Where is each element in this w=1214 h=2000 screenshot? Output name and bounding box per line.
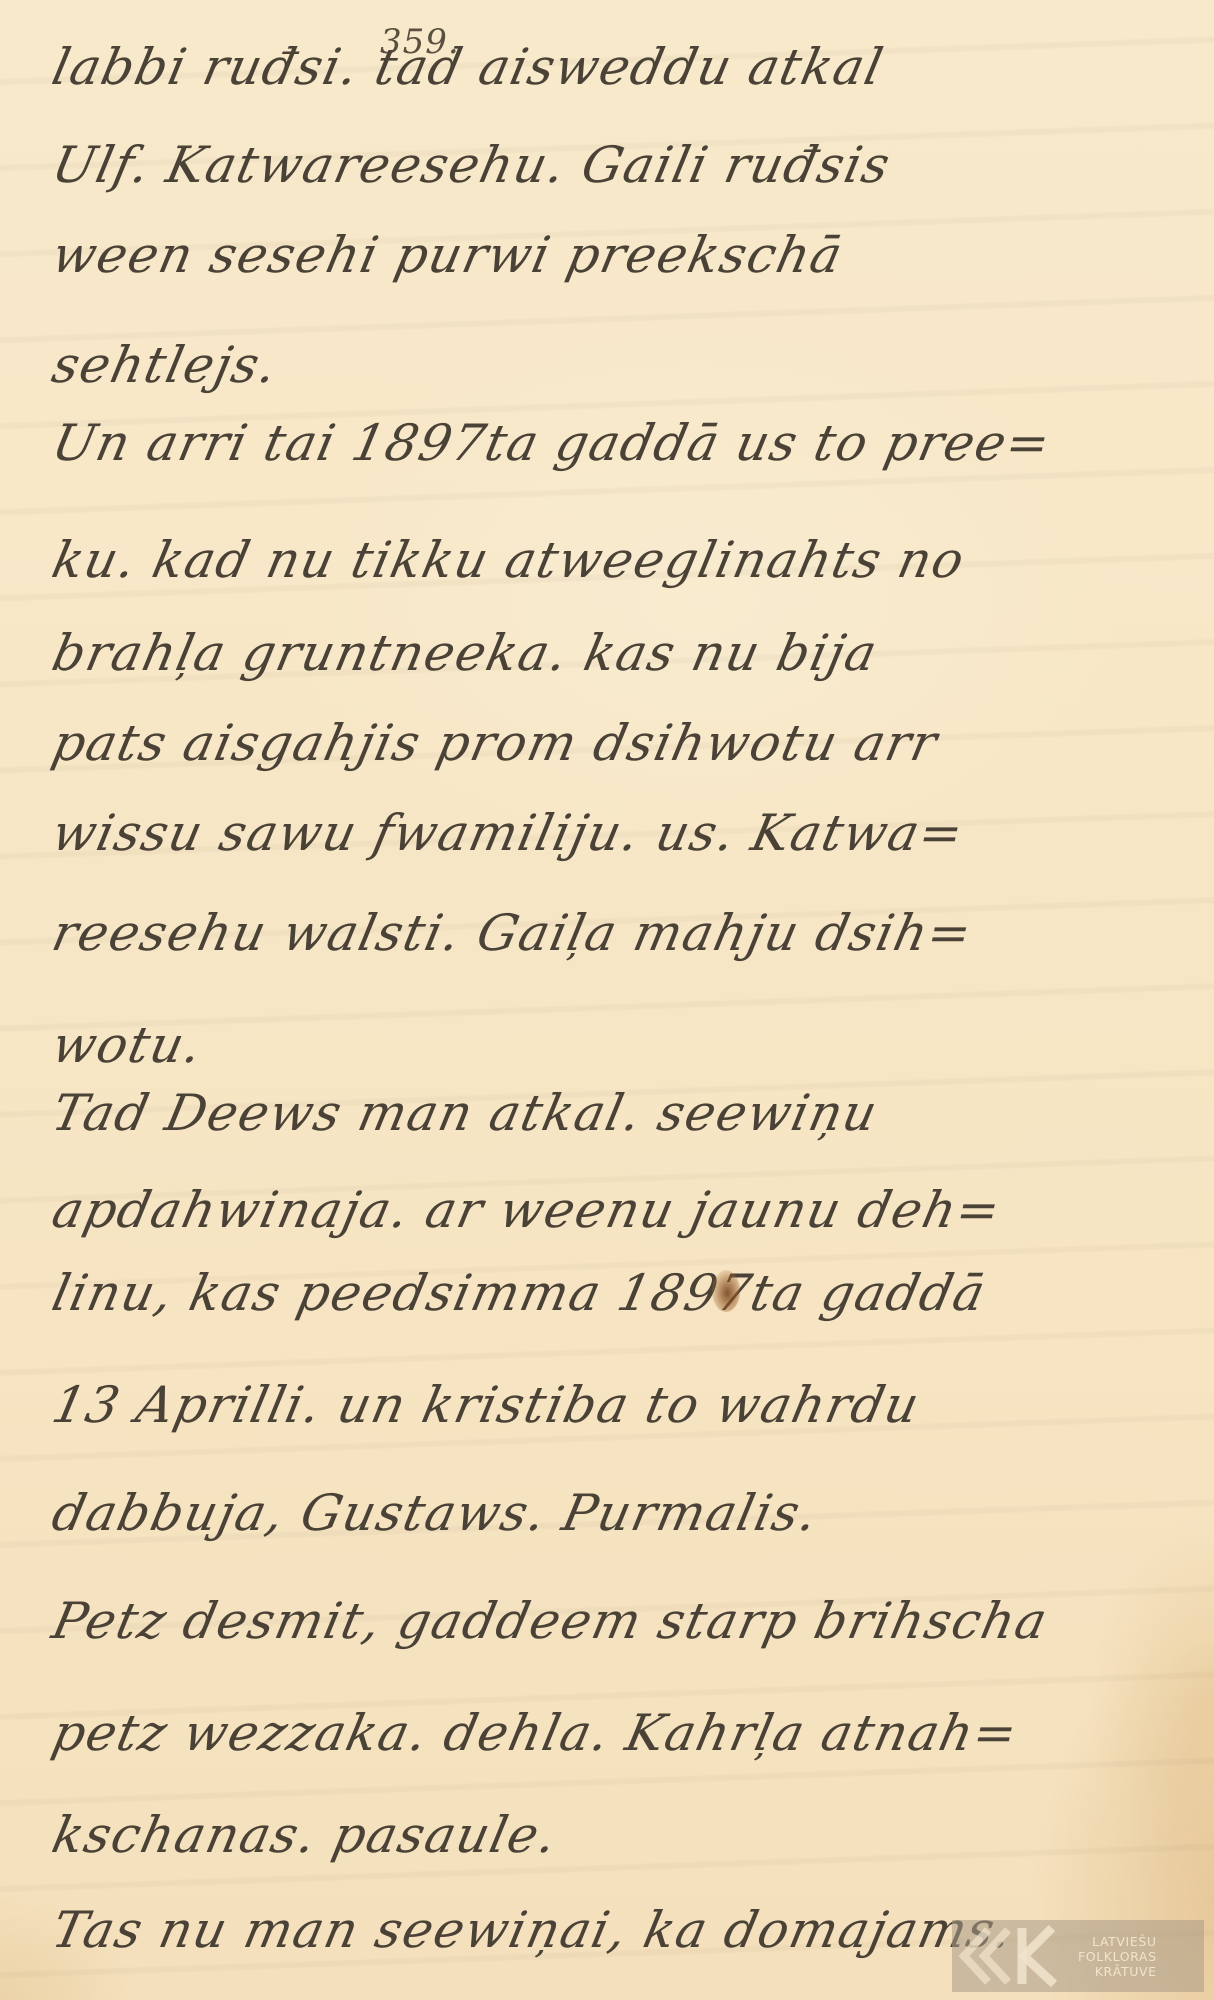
lfk-logo-icon: [952, 1920, 1072, 1992]
ink-stain: [712, 1270, 740, 1312]
manuscript-line: kschanas. pasaule.: [48, 1810, 562, 1860]
manuscript-line: Tad Deews man atkal. seewiņu: [48, 1088, 883, 1138]
manuscript-line: Un arri tai 1897ta gaddā us to pree=: [48, 418, 1056, 468]
manuscript-page: [0, 0, 1214, 2000]
manuscript-line: Ulf. Katwareesehu. Gaili ruđsis: [48, 140, 895, 190]
watermark-text: LATVIEŠU FOLKLORAS KRĀTUVE: [1072, 1934, 1157, 1979]
manuscript-line: labbi ruđsi. tad aisweddu atkal: [48, 42, 888, 92]
manuscript-line: petz wezzaka. dehla. Kahrļa atnah=: [48, 1708, 1023, 1758]
manuscript-line: dabbuja, Gustaws. Purmalis.: [48, 1488, 823, 1538]
watermark-line-2: FOLKLORAS: [1078, 1949, 1157, 1964]
manuscript-line: apdahwinaja. ar weenu jaunu deh=: [48, 1185, 1006, 1235]
archive-watermark: LATVIEŠU FOLKLORAS KRĀTUVE: [952, 1920, 1204, 1992]
watermark-line-3: KRĀTUVE: [1095, 1964, 1157, 1979]
manuscript-line: Tas nu man seewiņai, ka domajams.: [48, 1905, 1018, 1955]
manuscript-line: ku. kad nu tikku atweeglinahts no: [48, 535, 970, 585]
manuscript-line: pats aisgahjis prom dsihwotu arr: [48, 718, 943, 768]
manuscript-line: 13 Aprilli. un kristiba to wahrdu: [48, 1380, 924, 1430]
manuscript-line: ween sesehi purwi preekschā: [48, 230, 848, 280]
manuscript-line: Petz desmit, gaddeem starp brihscha: [48, 1596, 1052, 1646]
watermark-line-1: LATVIEŠU: [1092, 1934, 1157, 1949]
manuscript-line: wotu.: [48, 1020, 207, 1070]
manuscript-line: brahļa gruntneeka. kas nu bija: [48, 628, 882, 678]
manuscript-line: reesehu walsti. Gaiļa mahju dsih=: [48, 908, 977, 958]
manuscript-line: wissu sawu fwamiliju. us. Katwa=: [48, 808, 969, 858]
manuscript-line: sehtlejs.: [48, 340, 282, 390]
manuscript-line: linu, kas peedsimma 1897ta gaddā: [48, 1268, 991, 1318]
